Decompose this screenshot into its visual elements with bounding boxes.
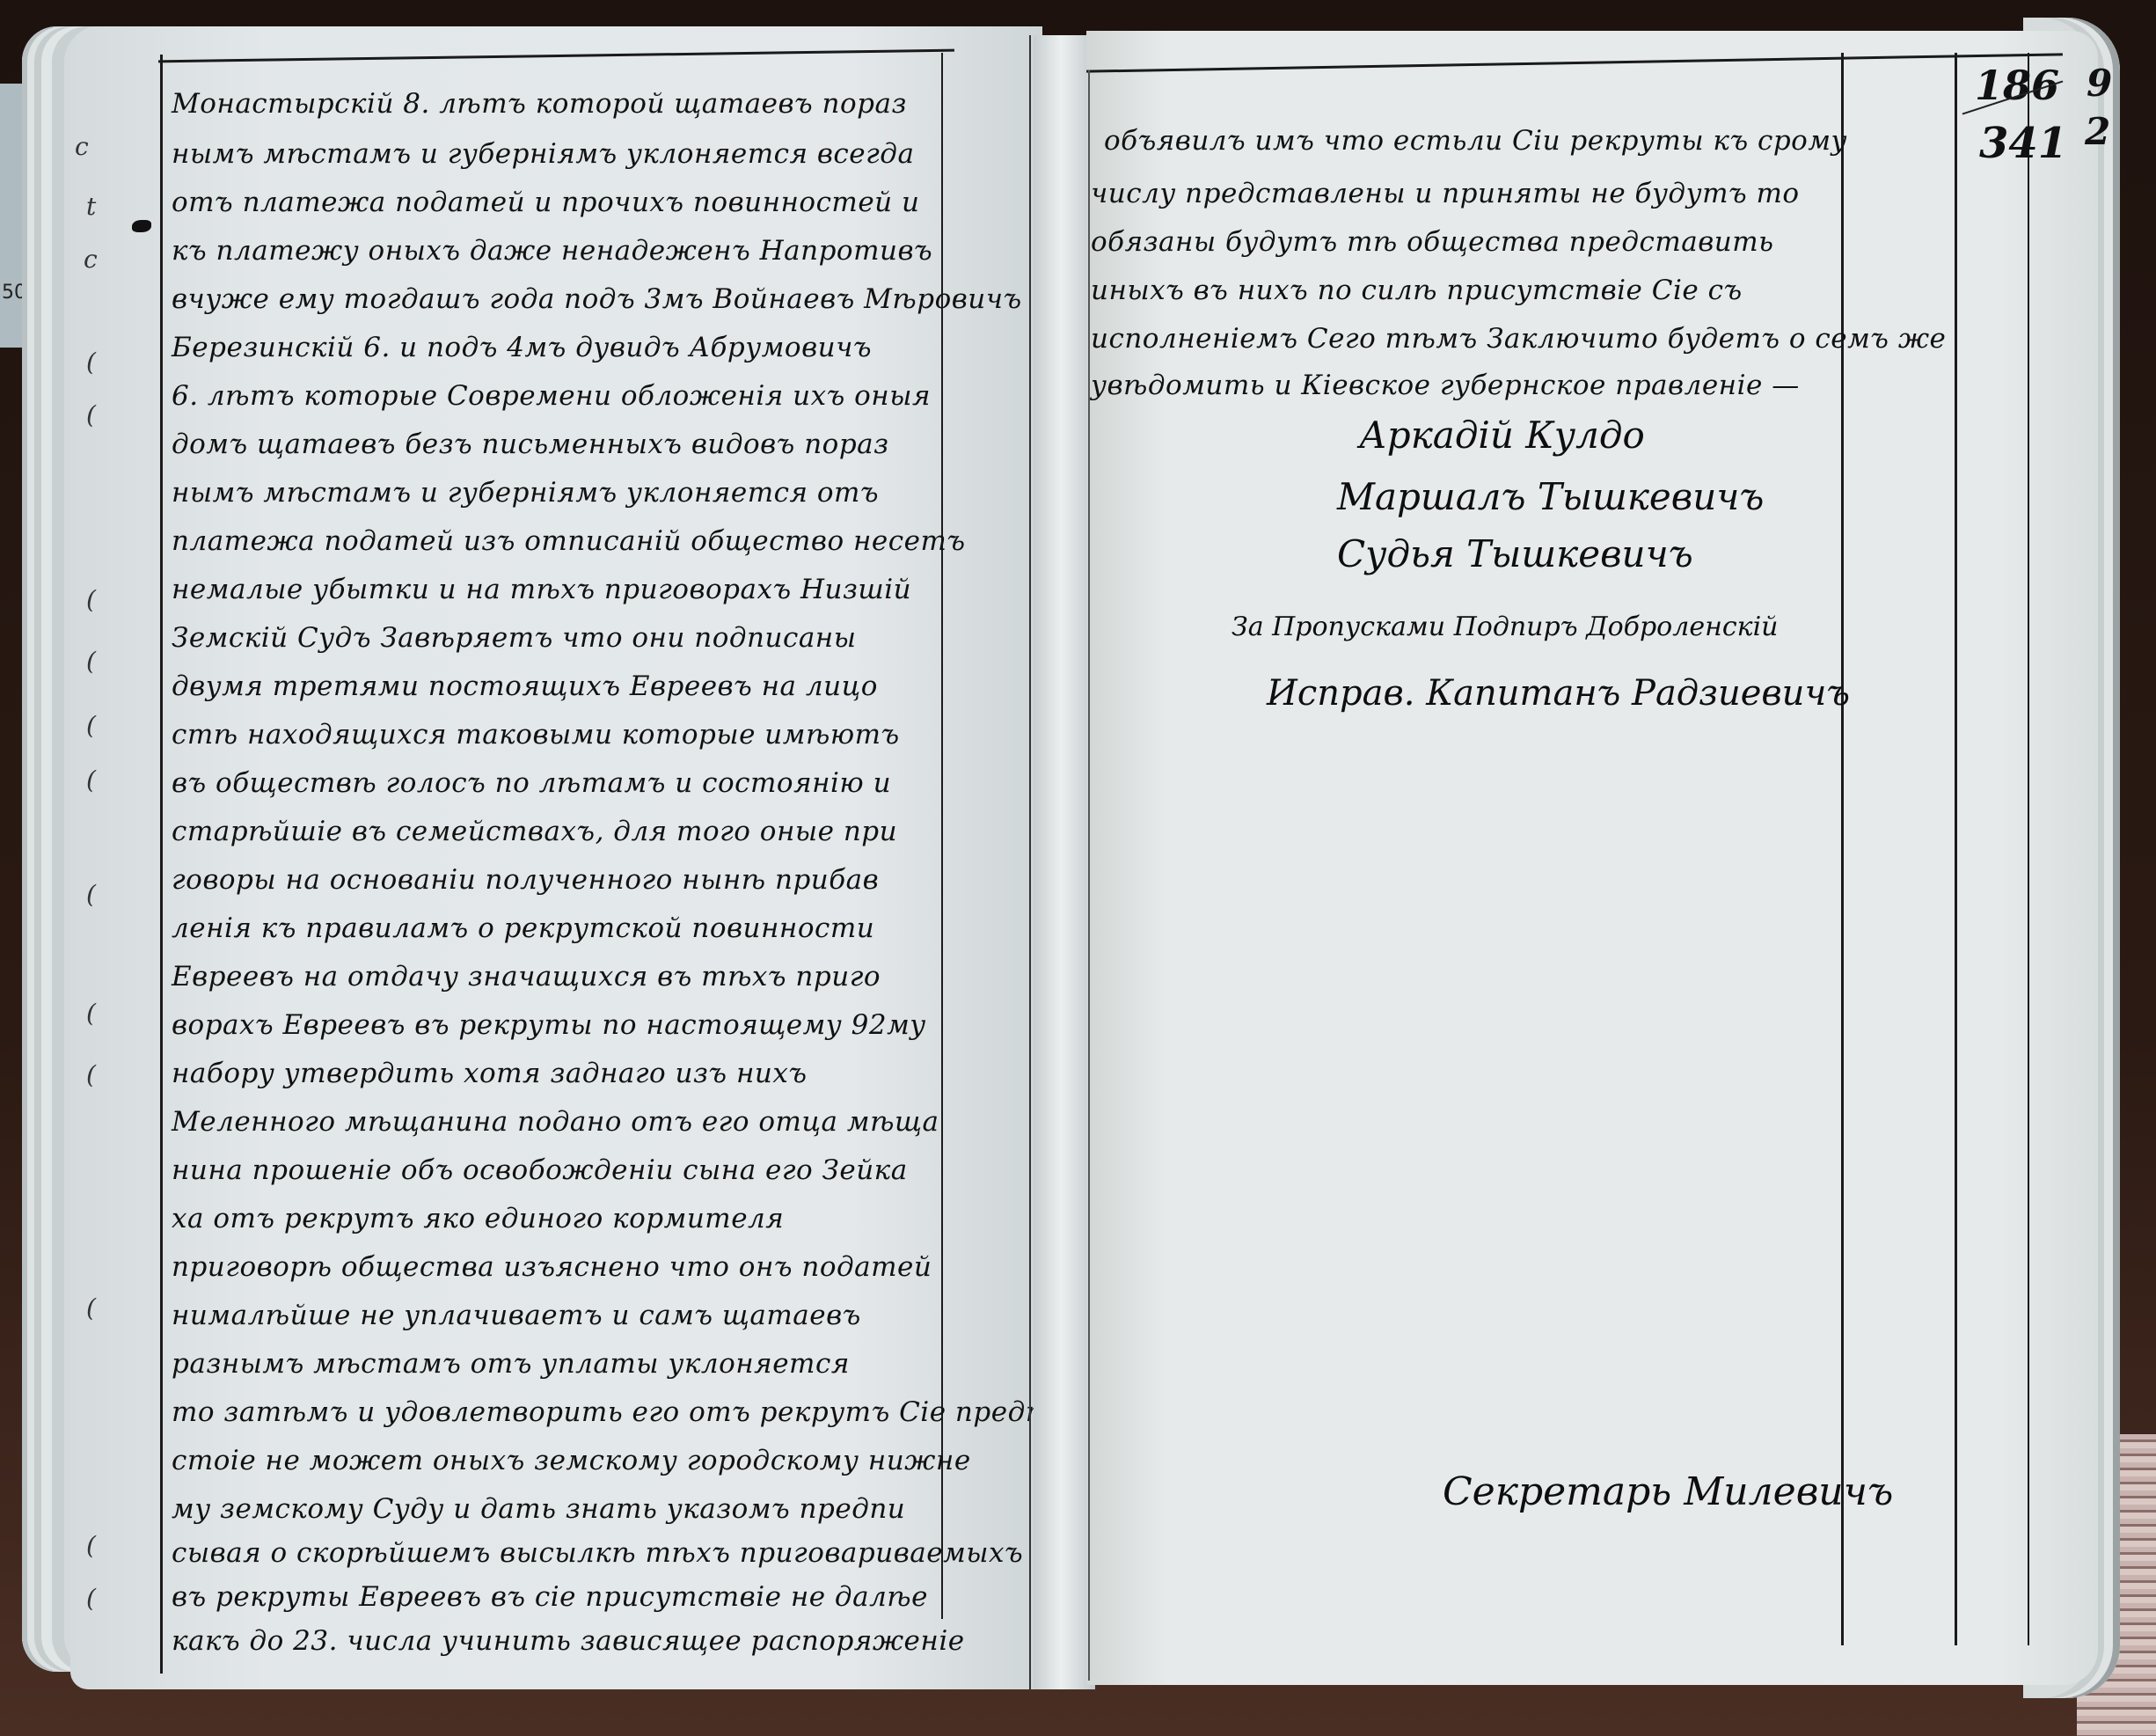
text-line: домъ щатаевъ безъ письменныхъ видовъ пор… — [172, 427, 889, 462]
text-line: отъ платежа податей и прочихъ повинносте… — [172, 185, 919, 220]
right-page-column-rule-2 — [1955, 53, 1957, 1645]
text-line: увѣдомить и Кіевское губернское правлені… — [1091, 368, 1800, 403]
text-line: немалые убытки и на тѣхъ приговорахъ Низ… — [172, 572, 911, 607]
right-page-left-rule — [1088, 70, 1090, 1681]
text-line: Березинскій 6. и подъ 4мъ дувидъ Абрумов… — [172, 330, 872, 365]
text-line: 6. лѣтъ которые Современи обложенія ихъ … — [172, 378, 931, 414]
text-line: стоіе не может оныхъ земскому городскому… — [172, 1443, 971, 1478]
text-line: нымъ мѣстамъ и губерніямъ уклоняется отъ — [172, 475, 879, 510]
right-page-column-rule-1 — [1841, 53, 1844, 1645]
right-page-column-rule-3 — [2028, 53, 2029, 1645]
text-line: въ обществѣ голосъ по лѣтамъ и состоянію… — [172, 765, 891, 801]
signature: За Пропусками Подпиръ Доброленскій — [1231, 612, 1779, 642]
text-line: двумя третями постоящихъ Евреевъ на лицо — [172, 669, 878, 704]
text-line: какъ до 23. числа учинить зависящее расп… — [172, 1623, 965, 1659]
secretary-signature: Секретарь Милевичъ — [1443, 1469, 1893, 1514]
text-line: разнымъ мѣстамъ отъ уплаты уклоняется — [172, 1346, 850, 1381]
text-line: числу представлены и приняты не будутъ т… — [1091, 176, 1800, 211]
text-line: ворахъ Евреевъ въ рекруты по настоящему … — [172, 1007, 926, 1043]
margin-mark: t — [86, 192, 96, 221]
margin-mark: ( — [86, 1293, 96, 1322]
outer-column-mark: 2 — [2085, 110, 2110, 153]
text-line: вчуже ему тогдашъ года подъ 3мъ Войнаевъ… — [172, 282, 1022, 317]
left-page — [70, 26, 1042, 1689]
text-line: Меленного мѣщанина подано отъ его отца м… — [172, 1104, 939, 1139]
text-line: обязаны будутъ тѣ общества представить — [1091, 224, 1774, 260]
text-line: Монастырскій 8. лѣтъ которой щатаевъ пор… — [172, 86, 907, 121]
gutter-fold-line — [1029, 35, 1031, 1689]
signature: Маршалъ Тышкевичъ — [1337, 475, 1764, 518]
margin-mark: c — [84, 245, 98, 274]
margin-mark: ( — [86, 1584, 96, 1613]
text-line: Земскій Судъ Завѣряетъ что они подписаны — [172, 620, 856, 656]
margin-mark: ( — [86, 765, 96, 795]
signature: Судья Тышкевичъ — [1337, 532, 1693, 575]
text-line: то затѣмъ и удовлетворить его отъ рекрут… — [172, 1395, 1043, 1430]
left-page-margin-rule — [160, 55, 163, 1674]
text-line: приговорѣ общества изъяснено что онъ под… — [172, 1249, 932, 1285]
text-line: набору утвердить хотя заднаго изъ нихъ — [172, 1056, 807, 1091]
text-line: му земскому Суду и дать знать указомъ пр… — [172, 1491, 905, 1527]
text-line: Евреевъ на отдачу значащихся въ тѣхъ при… — [172, 959, 881, 994]
text-line: говоры на основаніи полученного нынѣ при… — [172, 862, 879, 897]
text-line: въ рекруты Евреевъ въ сіе присутствіе не… — [172, 1579, 928, 1615]
margin-mark: ( — [86, 711, 96, 740]
text-line: иныхъ въ нихъ по силѣ присутствіе Сіе съ — [1091, 273, 1743, 308]
margin-mark: ( — [86, 647, 96, 676]
margin-mark: c — [75, 132, 89, 161]
signature: Исправ. Капитанъ Радзиевичъ — [1267, 673, 1850, 714]
text-line: сывая о скорѣйшемъ высылкѣ тѣхъ приговар… — [172, 1535, 1023, 1571]
folio-alternate-number: 341 — [1979, 119, 2067, 168]
text-line: объявилъ имъ что естьли Сіи рекруты къ с… — [1104, 123, 1847, 158]
text-line: нымъ мѣстамъ и губерніямъ уклоняется все… — [172, 136, 914, 172]
text-line: нина прошеніе объ освобожденіи сына его … — [172, 1153, 908, 1188]
outer-column-mark: 9 — [2087, 62, 2112, 105]
margin-mark: ( — [86, 880, 96, 909]
text-line: стѣ находящихся таковыми которые имѣютъ — [172, 717, 900, 752]
signature: Аркадій Кулдо — [1359, 414, 1645, 457]
margin-mark: ( — [86, 1060, 96, 1089]
ink-blot — [132, 220, 151, 232]
text-line: исполненіемъ Сего тѣмъ Заключито будетъ … — [1091, 321, 1946, 356]
margin-mark: ( — [86, 400, 96, 429]
text-line: къ платежу оныхъ даже ненадеженъ Напроти… — [172, 233, 932, 268]
text-line: ленія къ правиламъ о рекрутской повиннос… — [172, 911, 874, 946]
text-line: платежа податей изъ отписаній общество н… — [172, 524, 966, 559]
text-line: нималѣйше не уплачиваетъ и самъ щатаевъ — [172, 1298, 861, 1333]
margin-mark: ( — [86, 999, 96, 1028]
margin-mark: ( — [86, 348, 96, 377]
text-line: ха отъ рекрутъ яко единого кормителя — [172, 1201, 784, 1236]
margin-mark: ( — [86, 1531, 96, 1560]
margin-mark: ( — [86, 585, 96, 614]
text-line: старѣйшіе въ семействахъ, для того оные … — [172, 814, 897, 849]
